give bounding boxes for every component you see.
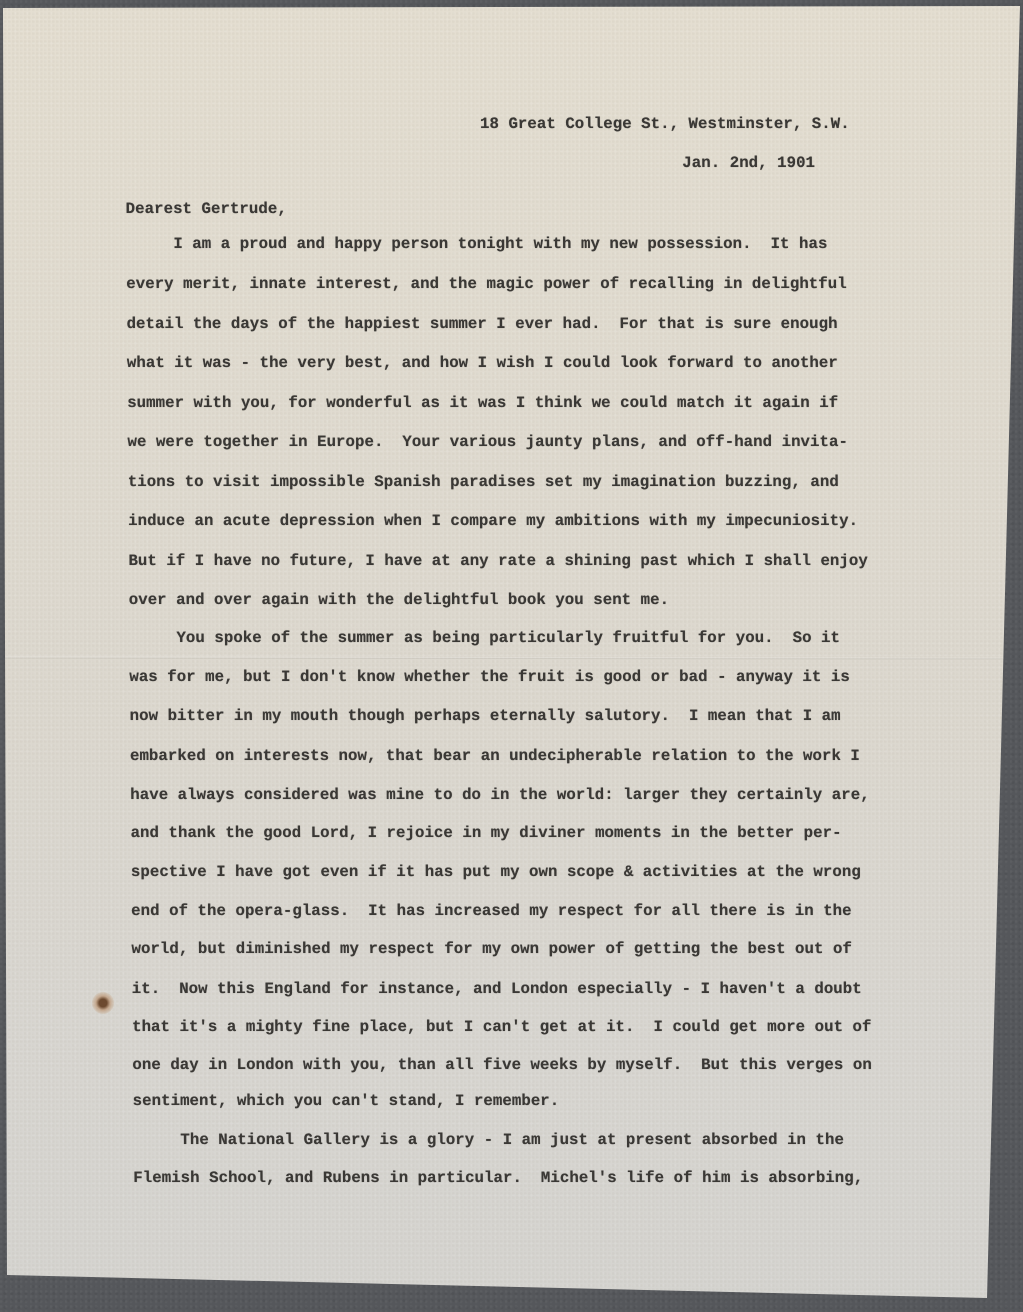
body-line: that it's a mighty fine place, but I can… [132, 1020, 872, 1036]
body-line: sentiment, which you can't stand, I reme… [133, 1094, 560, 1110]
body-line: You spoke of the summer as being particu… [129, 631, 840, 647]
sender-address: 18 Great College St., Westminster, S.W. [480, 117, 850, 133]
body-line: it. Now this England for instance, and L… [132, 982, 862, 998]
body-line: spective I have got even if it has put m… [131, 865, 861, 881]
body-line: have always considered was mine to do in… [130, 788, 870, 804]
body-line: was for me, but I don't know whether the… [129, 670, 850, 686]
body-line: what it was - the very best, and how I w… [127, 356, 838, 372]
body-line: we were together in Europe. Your various… [127, 435, 848, 451]
letter-date: Jan. 2nd, 1901 [682, 156, 815, 172]
body-line: world, but diminished my respect for my … [131, 942, 852, 958]
body-line: summer with you, for wonderful as it was… [127, 396, 838, 412]
body-line: induce an acute depression when I compar… [128, 514, 858, 530]
letter-paper: 18 Great College St., Westminster, S.W. … [0, 0, 1023, 1312]
body-line: detail the days of the happiest summer I… [126, 317, 837, 333]
body-line: now bitter in my mouth though perhaps et… [130, 709, 841, 725]
body-line: and thank the good Lord, I rejoice in my… [130, 826, 841, 842]
body-line: end of the opera-glass. It has increased… [131, 904, 852, 920]
body-line: tions to visit impossible Spanish paradi… [128, 475, 839, 491]
body-line: embarked on interests now, that bear an … [130, 749, 860, 765]
typed-letter: 18 Great College St., Westminster, S.W. … [0, 0, 1023, 1312]
body-line: But if I have no future, I have at any r… [128, 554, 868, 570]
body-line: The National Gallery is a glory - I am j… [133, 1133, 844, 1149]
body-line: every merit, innate interest, and the ma… [126, 277, 847, 293]
body-line: over and over again with the delightful … [129, 593, 669, 609]
body-line: I am a proud and happy person tonight wi… [126, 237, 828, 253]
body-line: Flemish School, and Rubens in particular… [133, 1171, 863, 1187]
salutation: Dearest Gertrude, [126, 202, 287, 218]
body-line: one day in London with you, than all fiv… [132, 1058, 872, 1074]
